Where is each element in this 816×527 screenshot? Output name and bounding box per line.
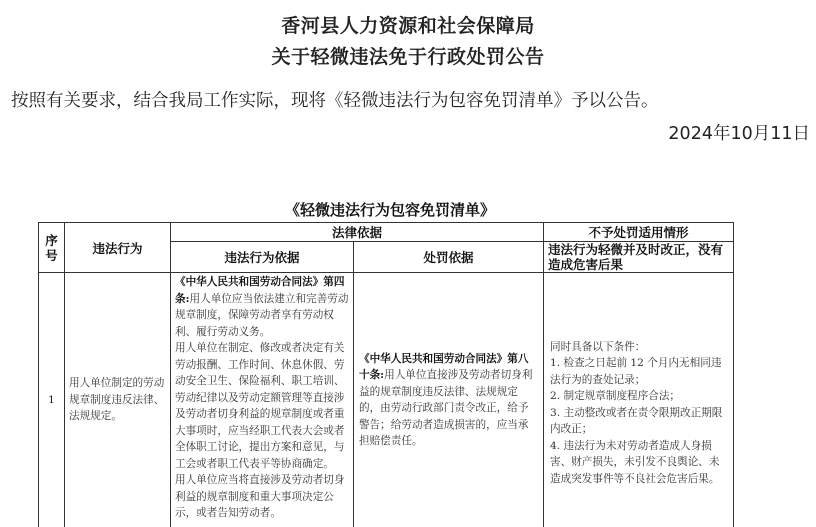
row-penalty-basis: 《中华人民共和国劳动合同法》第八十条:用人单位直接涉及劳动者切身利益的规章制度违… (354, 273, 544, 527)
header-penalty-basis: 处罚依据 (354, 242, 544, 273)
header-behavior: 违法行为 (65, 223, 171, 273)
condition-2: 2. 制定规章制度程序合法； (550, 388, 727, 405)
header-exemption-condition: 违法行为轻微并及时改正，没有造成危害后果 (544, 242, 734, 273)
list-title: 《轻微违法行为包容免罚清单》 (0, 199, 780, 220)
header-exemption: 不予处罚适用情形 (544, 223, 734, 242)
condition-4: 4. 违法行为未对劳动者造成人身损害、财产损失，未引发不良舆论、未造成突发事件等… (550, 438, 727, 488)
header-violation-basis: 违法行为依据 (171, 242, 354, 273)
publish-date: 2024年10月11日 (668, 120, 810, 145)
row-behavior: 用人单位制定的劳动规章制度违反法律、法规规定。 (65, 273, 171, 527)
header-seq: 序号 (39, 223, 65, 273)
violation-paragraph-2: 用人单位在制定、修改或者决定有关劳动报酬、工作时间、休息休假、劳动安全卫生、保险… (175, 340, 349, 472)
exemption-list-table: 序号 违法行为 法律依据 不予处罚适用情形 违法行为依据 处罚依据 违法行为轻微… (38, 222, 734, 527)
header-row-1: 序号 违法行为 法律依据 不予处罚适用情形 (39, 223, 734, 242)
condition-intro: 同时具备以下条件： (550, 339, 727, 356)
intro-paragraph: 按照有关要求，结合我局工作实际，现将《轻微违法行为包容免罚清单》予以公告。 (11, 87, 659, 112)
violation-paragraph-1: 用人单位应当依法建立和完善劳动规章制度，保障劳动者享有劳动权利、履行劳动义务。 (175, 293, 348, 338)
violation-paragraph-3: 用人单位应当将直接涉及劳动者切身利益的规章制度和重大事项决定公示，或者告知劳动者… (175, 472, 349, 522)
page-subtitle: 关于轻微违法免于行政处罚公告 (0, 42, 816, 69)
row-exemption-conditions: 同时具备以下条件： 1. 检查之日起前 12 个月内无相同违法行为的查处记录； … (544, 273, 734, 527)
page-title: 香河县人力资源和社会保障局 (0, 11, 816, 38)
table-row: 1 用人单位制定的劳动规章制度违反法律、法规规定。 《中华人民共和国劳动合同法》… (39, 273, 734, 527)
row-seq: 1 (39, 273, 65, 527)
header-legal-basis: 法律依据 (171, 223, 544, 242)
row-violation-basis: 《中华人民共和国劳动合同法》第四条:用人单位应当依法建立和完善劳动规章制度，保障… (171, 273, 354, 527)
condition-1: 1. 检查之日起前 12 个月内无相同违法行为的查处记录； (550, 355, 727, 388)
condition-3: 3. 主动整改或者在责令限期改正期限内改正； (550, 405, 727, 438)
penalty-text: 用人单位直接涉及劳动者切身利益的规章制度违反法律、法规规定的，由劳动行政部门责令… (359, 369, 532, 447)
